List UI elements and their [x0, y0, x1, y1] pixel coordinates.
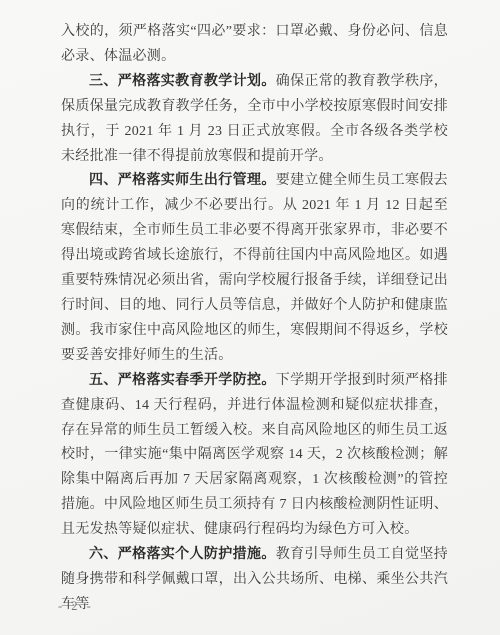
section-4-heading: 四、严格落实师生出行管理。: [89, 173, 276, 188]
section-4-paragraph: 四、严格落实师生出行管理。要建立健全师生员工寒假去向的统计工作，减少不必要出行。…: [61, 169, 448, 368]
page-number: - 2 -: [58, 599, 94, 614]
section-5-paragraph: 五、严格落实春季开学防控。下学期开学报到时须严格排查健康码、14 天行程码，并进…: [61, 369, 448, 543]
section-6-paragraph: 六、严格落实个人防护措施。教育引导师生员工自觉坚持随身携带和科学佩戴口罩，出入公…: [61, 543, 448, 618]
section-3-paragraph: 三、严格落实教育教学计划。确保正常的教育教学秩序，保质保量完成教育教学任务，全市…: [61, 70, 448, 170]
section-5-heading: 五、严格落实春季开学防控。: [89, 373, 276, 388]
section-4-body: 要建立健全师生员工寒假去向的统计工作，减少不必要出行。从 2021 年 1 月 …: [61, 173, 448, 362]
section-5-body: 下学期开学报到时须严格排查健康码、14 天行程码，并进行体温检测和疑似症状排查，…: [61, 373, 448, 537]
paragraph-continuation: 入校的，须严格落实“四必”要求：口罩必戴、身份必问、信息必录、体温必测。: [61, 20, 448, 70]
continuation-text: 入校的，须严格落实“四必”要求：口罩必戴、身份必问、信息必录、体温必测。: [61, 24, 448, 64]
section-6-heading: 六、严格落实个人防护措施。: [89, 547, 276, 562]
scanned-document-page: 入校的，须严格落实“四必”要求：口罩必戴、身份必问、信息必录、体温必测。 三、严…: [0, 0, 500, 635]
document-text-block: 入校的，须严格落实“四必”要求：口罩必戴、身份必问、信息必录、体温必测。 三、严…: [61, 20, 448, 618]
section-3-heading: 三、严格落实教育教学计划。: [89, 74, 276, 89]
